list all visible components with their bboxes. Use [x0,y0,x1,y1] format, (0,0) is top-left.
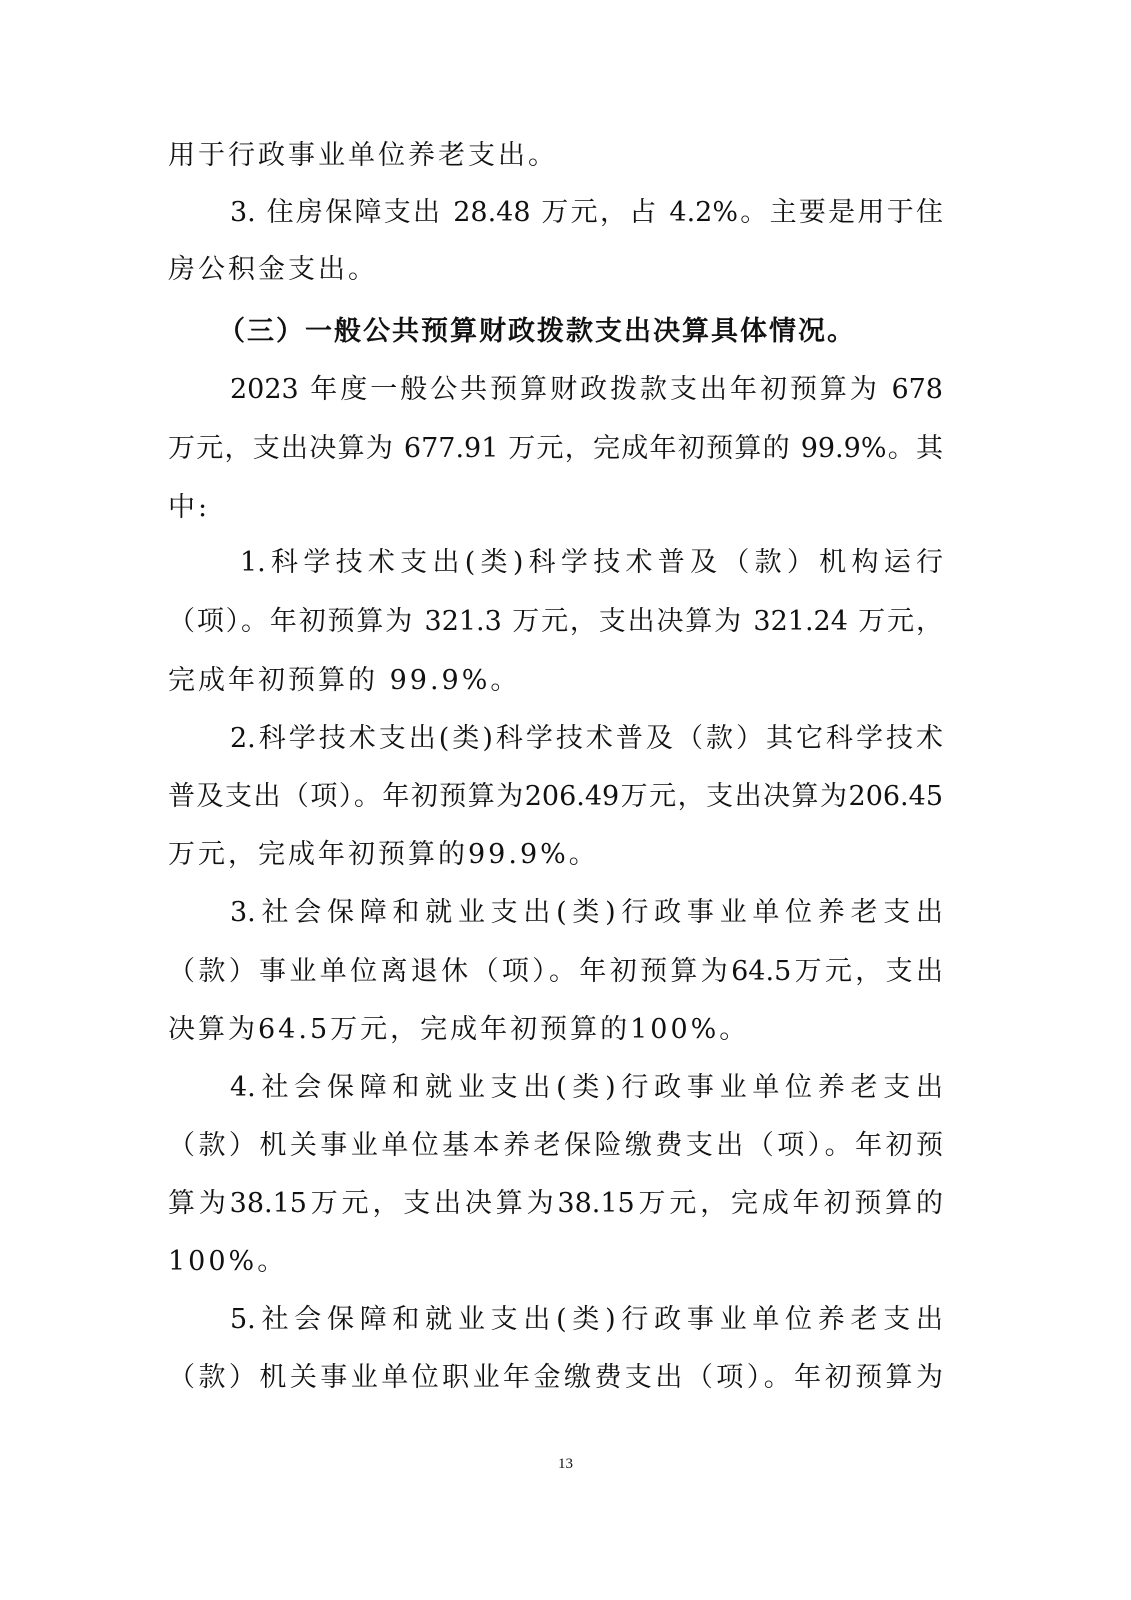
list-item-line: 4.社会保障和就业支出(类)行政事业单位养老支出 [230,1068,943,1108]
text-line: 2023 年度一般公共预算财政拨款支出年初预算为 678 [230,370,943,410]
list-item-line: 100%。 [168,1242,943,1282]
text-line: 用于行政事业单位养老支出。 [168,136,943,176]
section-heading: （三）一般公共预算财政拨款支出决算具体情况。 [218,312,993,352]
text-line: 房公积金支出。 [168,250,943,290]
list-item-line: 决算为64.5万元，完成年初预算的100%。 [168,1010,943,1050]
list-item-line: （款）机关事业单位职业年金缴费支出（项）。年初预算为 [168,1358,943,1398]
list-item-line: 3.社会保障和就业支出(类)行政事业单位养老支出 [230,893,943,933]
list-item-line: 5.社会保障和就业支出(类)行政事业单位养老支出 [230,1300,943,1340]
list-item-line: （款）机关事业单位基本养老保险缴费支出（项）。年初预 [168,1126,943,1166]
list-item-line: 2.科学技术支出(类)科学技术普及（款）其它科学技术 [230,719,943,759]
list-item-line: 万元，完成年初预算的99.9%。 [168,835,943,875]
text-line: 3. 住房保障支出 28.48 万元，占 4.2%。主要是用于住 [230,193,943,233]
list-item-line: （项）。年初预算为 321.3 万元，支出决算为 321.24 万元， [168,602,943,642]
text-line: 中: [168,488,943,528]
list-item-line: 完成年初预算的 99.9%。 [168,661,943,701]
text-line: 万元，支出决算为 677.91 万元，完成年初预算的 99.9%。其 [168,429,943,469]
document-page: 用于行政事业单位养老支出。 3. 住房保障支出 28.48 万元，占 4.2%。… [0,0,1131,1600]
page-number: 13 [0,1456,1131,1473]
list-item-line: 1.科学技术支出(类)科学技术普及（款）机构运行 [240,543,943,583]
list-item-line: （款）事业单位离退休（项）。年初预算为64.5万元，支出 [168,952,943,992]
list-item-line: 算为38.15万元，支出决算为38.15万元，完成年初预算的 [168,1184,943,1224]
list-item-line: 普及支出（项）。年初预算为206.49万元，支出决算为206.45 [168,777,943,817]
